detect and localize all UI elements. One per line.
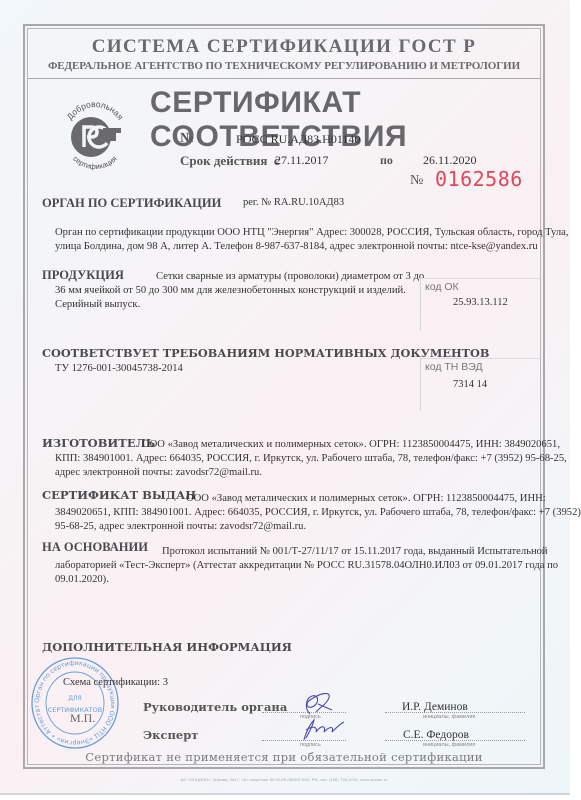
serial-number-label: № <box>410 173 423 189</box>
name-caption: инициалы, фамилия <box>423 742 475 748</box>
normative-document: ТУ 1276-001-30045738-2014 <box>55 362 183 376</box>
issued-to-line: ООО «Завод металических и полимерных сет… <box>186 492 546 506</box>
certificate-number: РОСС RU.АД83.H01140 <box>236 132 360 147</box>
manufacturer-line: КПП: 384901001. Адрес: 664035, РОССИЯ, г… <box>55 452 567 466</box>
number-label: № <box>180 131 194 147</box>
issued-to-line: 3849020651, КПП: 384901001. Адрес: 66403… <box>55 506 581 520</box>
validity-label: Срок действия с <box>180 153 280 169</box>
tn-ved-code-label: код ТН ВЭД <box>425 361 483 373</box>
seal-place-label: М.П. <box>70 711 95 726</box>
basis-line: Протокол испытаний № 001/Т-27/11/17 от 1… <box>162 545 548 559</box>
basis-heading: НА ОСНОВАНИИ <box>42 540 148 555</box>
issued-to-heading: СЕРТИФИКАТ ВЫДАН <box>42 488 196 502</box>
ok-code-box: код ОК 25.93.13.112 <box>420 278 540 331</box>
printer-info: АО «ОПЦИОН», Москва, 2017, «Б» лицензия … <box>27 777 541 782</box>
serial-number: 0162586 <box>435 167 523 191</box>
header-divider <box>27 78 541 79</box>
registration-number: рег. № RA.RU.10АД83 <box>243 197 344 208</box>
expert-role: Эксперт <box>143 728 198 742</box>
basis-line: 09.01.2020). <box>55 573 109 587</box>
product-line: Серийный выпуск. <box>55 298 140 312</box>
certification-scheme: Схема сертификации: 3 <box>63 677 168 688</box>
rst-logo-icon: Добровольная сертификация <box>55 95 135 175</box>
agency-title: ФЕДЕРАЛЬНОЕ АГЕНТСТВО ПО ТЕХНИЧЕСКОМУ РЕ… <box>27 60 541 72</box>
manufacturer-heading: ИЗГОТОВИТЕЛЬ <box>42 436 155 450</box>
manufacturer-line: ООО «Завод металических и полимерных сет… <box>142 438 560 452</box>
certification-body-line: улица Болдина, дом 98 А, литер А. Телефо… <box>55 240 538 254</box>
manufacturer-line: адрес электронной почты: zavodsr72@mail.… <box>55 466 262 480</box>
certification-body-heading: ОРГАН ПО СЕРТИФИКАЦИИ <box>42 196 221 211</box>
name-caption: инициалы, фамилия <box>423 714 475 720</box>
valid-from-date: 27.11.2017 <box>275 153 329 168</box>
seal-stamp-icon: Орган по сертификации продукции ООО НТЦ … <box>30 648 120 758</box>
ok-code-label: код ОК <box>425 281 459 293</box>
product-line: Сетки сварные из арматуры (проволоки) ди… <box>156 270 424 284</box>
valid-to-date: 26.11.2020 <box>423 153 477 168</box>
expert-name: С.Е. Федоров <box>403 729 469 741</box>
signature-icon <box>296 716 346 747</box>
tn-ved-code-value: 7314 14 <box>453 379 487 390</box>
product-line: 36 мм ячейкой от 50 до 300 мм для железн… <box>55 284 406 298</box>
issued-to-line: 95-68-25, адрес электронной почты: zavod… <box>55 520 306 534</box>
product-heading: ПРОДУКЦИЯ <box>42 268 124 283</box>
certificate-title: СЕРТИФИКАТ СООТВЕТСТВИЯ <box>150 86 581 154</box>
system-title: СИСТЕМА СЕРТИФИКАЦИИ ГОСТ Р <box>27 36 541 58</box>
head-of-body-name: И.Р. Деминов <box>402 701 468 713</box>
footer-note: Сертификат не применяется при обязательн… <box>27 750 541 764</box>
tn-ved-code-box: код ТН ВЭД 7314 14 <box>420 358 540 411</box>
basis-line: лабораторией «Тест-Эксперт» (Аттестат ак… <box>55 559 558 573</box>
valid-to-label: по <box>380 153 393 168</box>
ok-code-value: 25.93.13.112 <box>453 297 508 308</box>
svg-text:сертификация: сертификация <box>71 154 118 171</box>
certification-body-line: Орган по сертификации продукции ООО НТЦ … <box>55 226 569 240</box>
svg-text:ДЛЯ: ДЛЯ <box>68 695 81 702</box>
